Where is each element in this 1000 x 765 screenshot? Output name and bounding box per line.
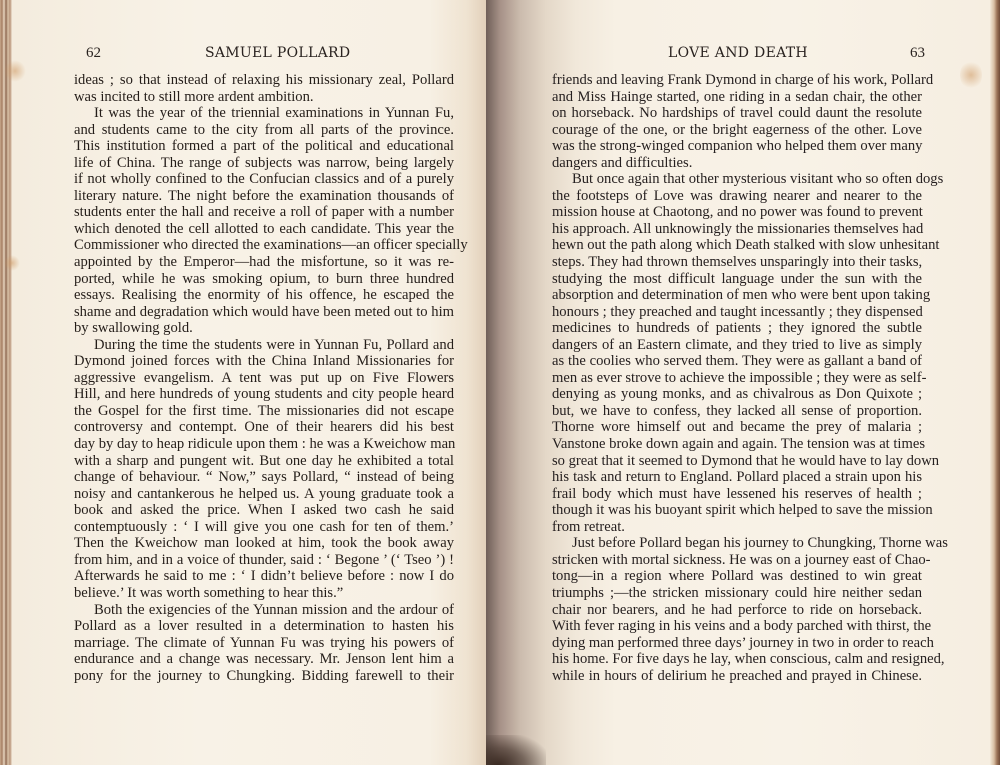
text-line: as the coolies who served them. They wer… xyxy=(552,353,922,370)
text-line: his approach. All unknowingly the missio… xyxy=(552,221,922,238)
text-line: denying as young monks, and as chivalrou… xyxy=(552,386,922,403)
text-line: Thorne wore himself out and became the p… xyxy=(552,419,922,436)
text-line: medicines to hundreds of patients ; they… xyxy=(552,320,922,337)
page-number-left: 62 xyxy=(86,45,101,62)
text-line: pony for the journey to Chungking. Biddi… xyxy=(74,668,454,685)
right-page-body-text: friends and leaving Frank Dymond in char… xyxy=(552,72,922,684)
text-line: dangers of an Eastern climate, and they … xyxy=(552,337,922,354)
page-edges-left xyxy=(0,0,12,765)
text-line: from him, and in a voice of thunder, sai… xyxy=(74,552,454,569)
text-line: so great that it seemed to Dymond that h… xyxy=(552,453,922,470)
text-line: was the strong-winged companion who help… xyxy=(552,138,922,155)
text-line: on horseback. No hardships of travel cou… xyxy=(552,105,922,122)
text-line: controversy and contempt. One of their h… xyxy=(74,419,454,436)
page-edges-right xyxy=(990,0,1000,765)
text-line: was incited to still more ardent ambitio… xyxy=(74,89,454,106)
text-line: ideas ; so that instead of relaxing his … xyxy=(74,72,454,89)
text-line: noisy and cantankerous he helped us. A y… xyxy=(74,486,454,503)
text-line: and Miss Hainge started, one riding in a… xyxy=(552,89,922,106)
text-line: With fever raging in his veins and a bod… xyxy=(552,618,922,635)
text-line: if not wholly confined to the Confucian … xyxy=(74,171,454,188)
text-line: believe.’ It was worth something to hear… xyxy=(74,585,454,602)
text-line: the footsteps of Love was drawing nearer… xyxy=(552,188,922,205)
text-line: Then the Kweichow man looked at him, too… xyxy=(74,535,454,552)
text-line: students enter the hall and receive a ro… xyxy=(74,204,454,221)
foxing-stain xyxy=(4,255,20,271)
text-line: contemptuously : ‘ I will give you one c… xyxy=(74,519,454,536)
text-line: steps. They had thrown themselves unspar… xyxy=(552,254,922,271)
text-line: endurance and a change was necessary. Mr… xyxy=(74,651,454,668)
foxing-stain xyxy=(960,60,982,90)
text-line: honours ; they preached and taught inces… xyxy=(552,304,922,321)
text-line: essays. Realising the enormity of his of… xyxy=(74,287,454,304)
text-line: from retreat. xyxy=(552,519,922,536)
left-page-body-text: ideas ; so that instead of relaxing his … xyxy=(74,72,454,684)
text-line: aggressive evangelism. A tent was put up… xyxy=(74,370,454,387)
text-line: triumphs ;—the stricken missionary could… xyxy=(552,585,922,602)
text-line: friends and leaving Frank Dymond in char… xyxy=(552,72,922,89)
text-line: shame and degradation which would have b… xyxy=(74,304,454,321)
text-line: hewn out the path along which Death stal… xyxy=(552,237,922,254)
text-line: day by day to heap ridicule upon them : … xyxy=(74,436,454,453)
text-line: This institution formed a part of the po… xyxy=(74,138,454,155)
text-line: with a sharp and pungent wit. But one da… xyxy=(74,453,454,470)
text-line: life of China. The range of subjects was… xyxy=(74,155,454,172)
text-line: Pollard as a lover resulted in a determi… xyxy=(74,618,454,635)
gutter-shadow xyxy=(486,735,546,765)
text-line: tong—in a region where Pollard was desti… xyxy=(552,568,922,585)
text-line: which denoted the cell allotted to each … xyxy=(74,221,454,238)
text-line: change of behaviour. “ Now,” says Pollar… xyxy=(74,469,454,486)
text-line: ported, while he was smoking opium, to b… xyxy=(74,271,454,288)
text-line: chair nor bearers, and he had perforce t… xyxy=(552,602,922,619)
text-line: Dymond joined forces with the China Inla… xyxy=(74,353,454,370)
text-line: dying man performed three days’ journey … xyxy=(552,635,922,652)
page-number-right: 63 xyxy=(910,45,925,62)
text-line: It was the year of the triennial examina… xyxy=(74,105,454,122)
text-line: dangers and difficulties. xyxy=(552,155,922,172)
text-line: but, we have to confess, they lacked all… xyxy=(552,403,922,420)
text-line: Just before Pollard began his journey to… xyxy=(552,535,922,552)
text-line: Hill, and here hundreds of young student… xyxy=(74,386,454,403)
text-line: Vanstone broke down again and again. The… xyxy=(552,436,922,453)
text-line: appointed by the Emperor—had the misfort… xyxy=(74,254,454,271)
text-line: by swallowing gold. xyxy=(74,320,454,337)
running-head-right: LOVE AND DEATH xyxy=(668,45,808,61)
text-line: studying the most difficult language und… xyxy=(552,271,922,288)
text-line: marriage. The climate of Yunnan Fu was t… xyxy=(74,635,454,652)
text-line: his task and return to England. Pollard … xyxy=(552,469,922,486)
text-line: absorption and determination of men who … xyxy=(552,287,922,304)
text-line: literary nature. The night before the ex… xyxy=(74,188,454,205)
foxing-stain xyxy=(4,60,26,82)
text-line: Commissioner who directed the examinatio… xyxy=(74,237,454,254)
text-line: while in hours of delirium he preached a… xyxy=(552,668,922,685)
text-line: During the time the students were in Yun… xyxy=(74,337,454,354)
text-line: book and asked the price. When I asked t… xyxy=(74,502,454,519)
book-spread: 62 SAMUEL POLLARD LOVE AND DEATH 63 idea… xyxy=(0,0,1000,765)
text-line: the Gospel for the first time. The missi… xyxy=(74,403,454,420)
text-line: and students came to the city from all p… xyxy=(74,122,454,139)
text-line: his home. For five days he lay, when con… xyxy=(552,651,922,668)
text-line: men as ever strove to achieve the imposs… xyxy=(552,370,922,387)
text-line: But once again that other mysterious vis… xyxy=(552,171,922,188)
text-line: mission house at Chaotong, and no power … xyxy=(552,204,922,221)
running-head-left: SAMUEL POLLARD xyxy=(205,45,350,61)
text-line: Both the exigencies of the Yunnan missio… xyxy=(74,602,454,619)
text-line: stricken with mortal sickness. He was on… xyxy=(552,552,922,569)
text-line: frail body which must have lessened his … xyxy=(552,486,922,503)
text-line: courage of the one, or the bright eagern… xyxy=(552,122,922,139)
text-line: though it was his buoyant spirit which h… xyxy=(552,502,922,519)
text-line: Afterwards he said to me : ‘ I didn’t be… xyxy=(74,568,454,585)
